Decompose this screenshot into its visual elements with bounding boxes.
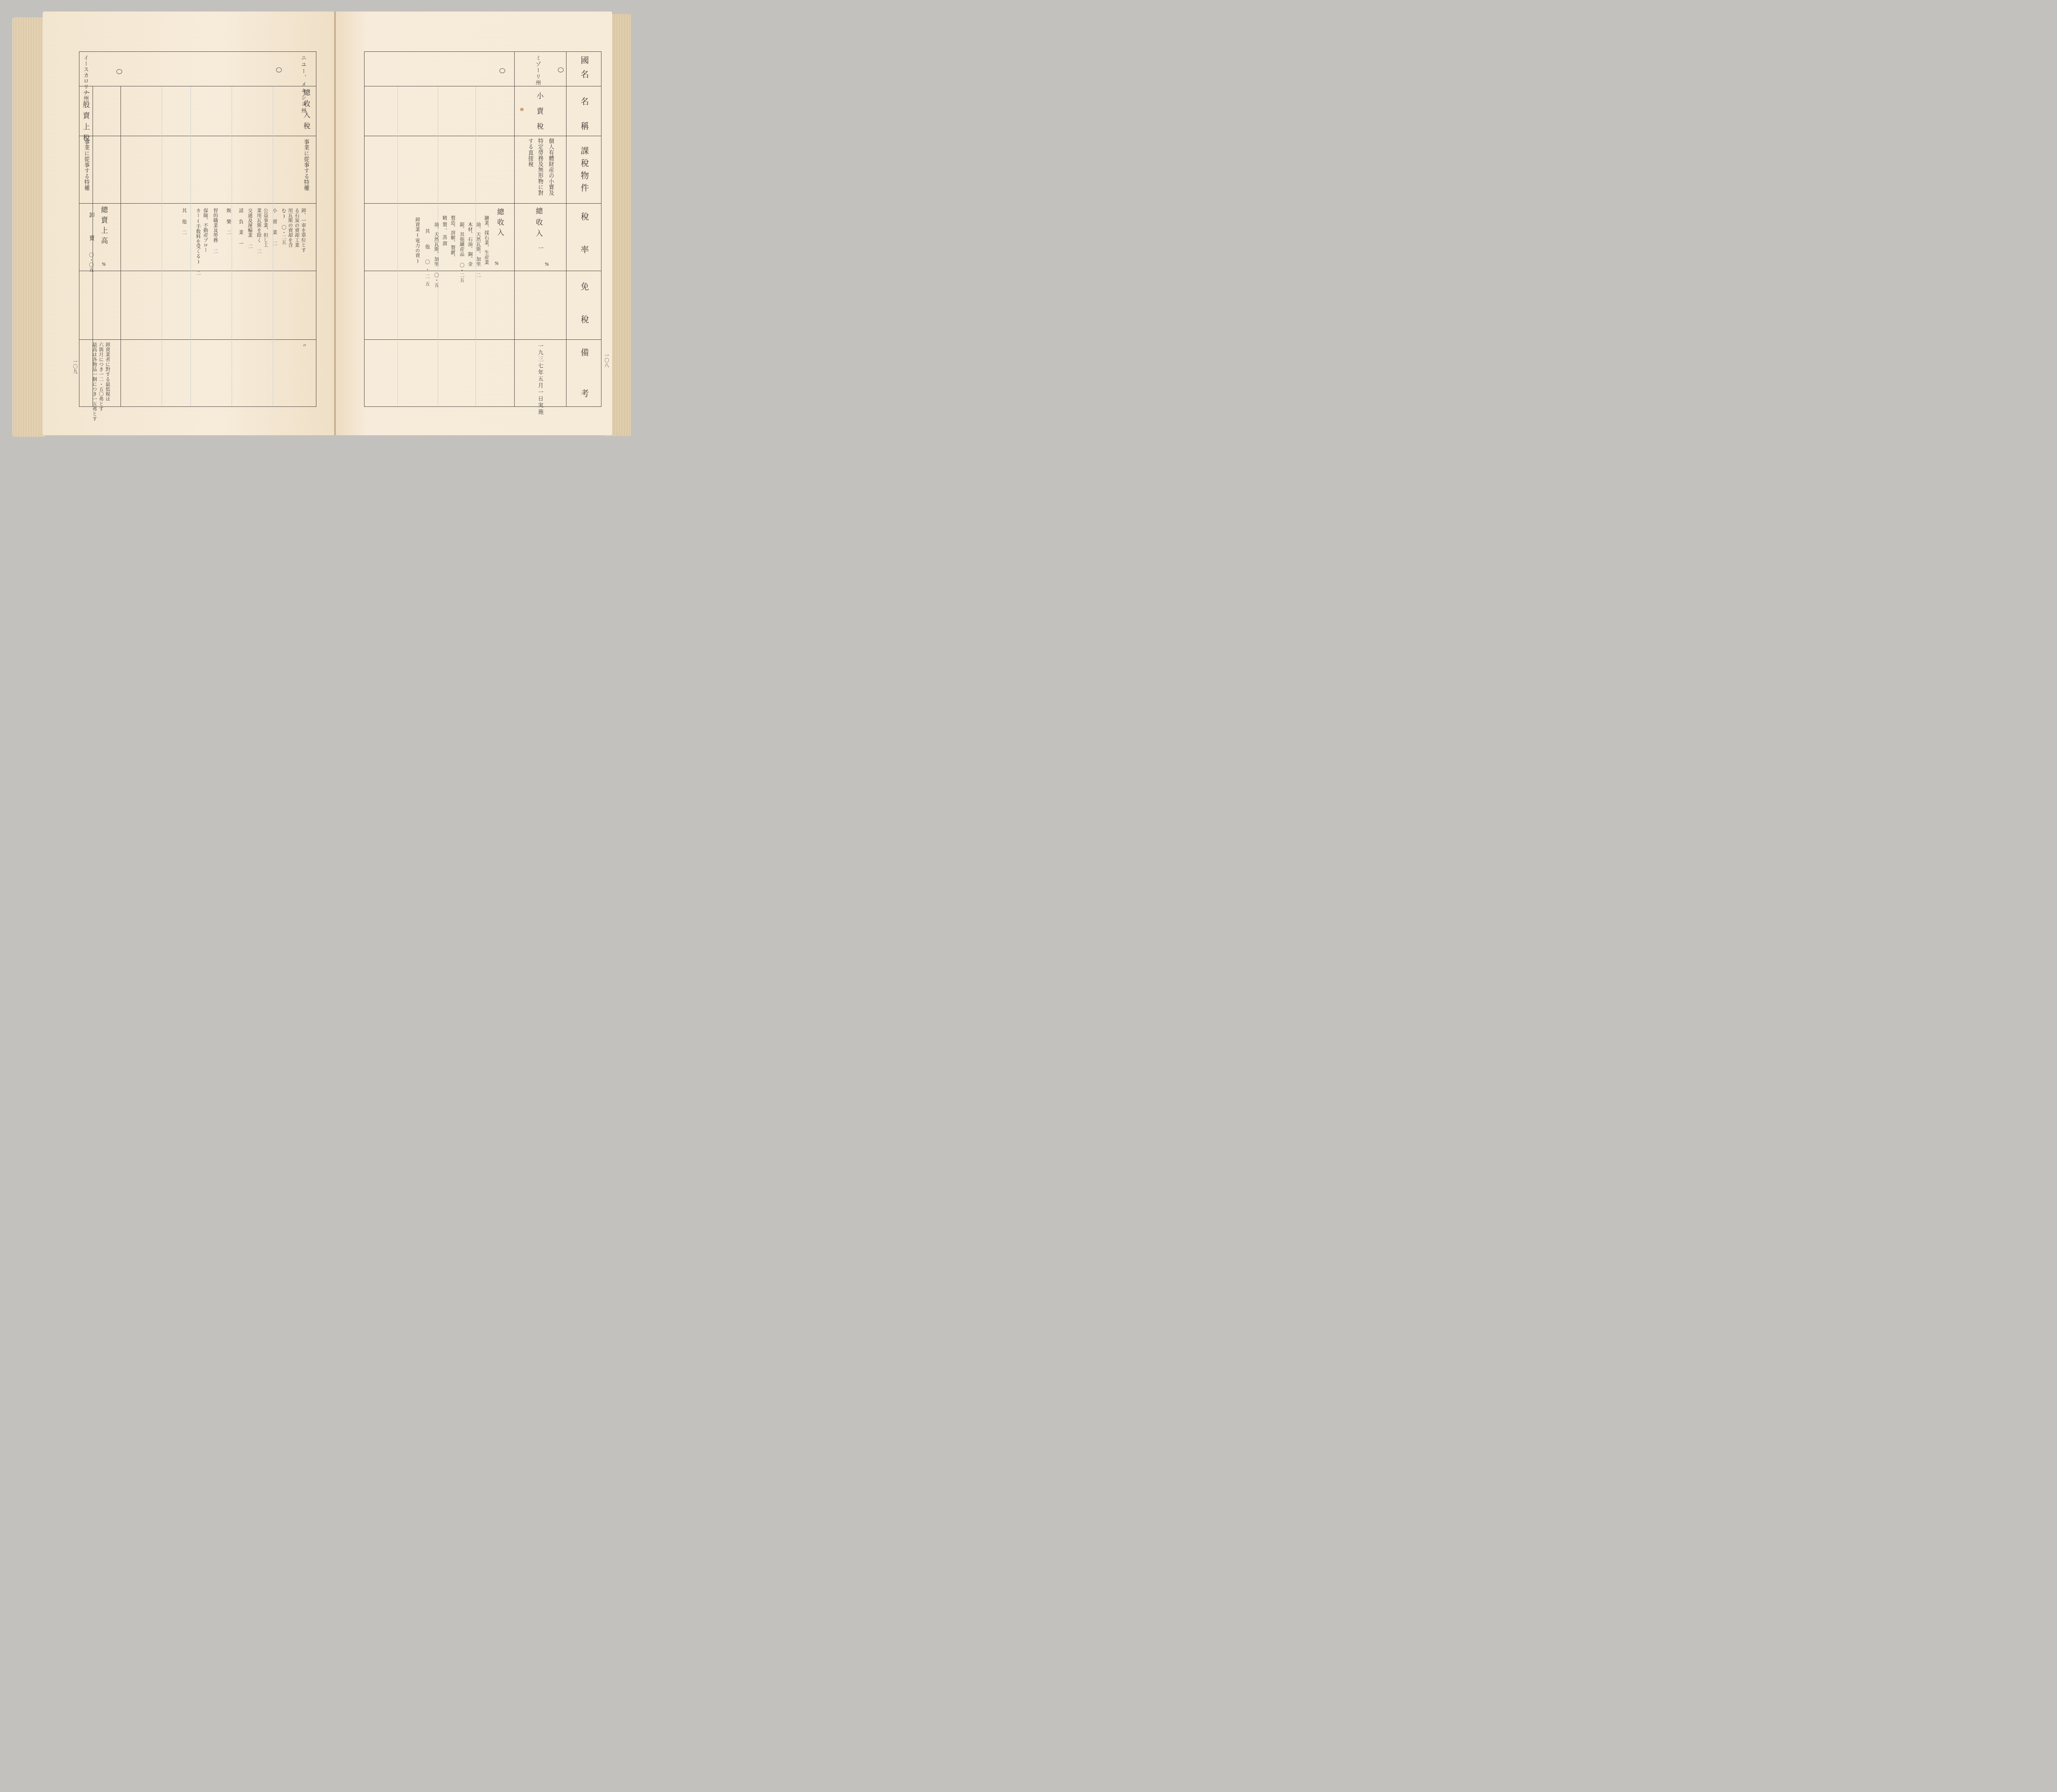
mo-tax-name: 小賣稅 [535,92,543,138]
nm-rate-item-6: 業用瓦斯を除く 二 [256,208,262,254]
mo-taxable-object-3: する直接稅 [527,138,533,167]
nc-rate-wholesale-value: 〇・〇五 [88,253,94,272]
nm-rate-item-0: 卸、一車を單位とす [301,208,306,253]
mo-mark-circle [558,67,564,72]
nm-rate-item-11: 保険、不動産ブロー [203,208,208,253]
mo-rate-gross-receipts: 總收入 [534,207,542,241]
detail-heading: 總收入 [495,208,504,239]
mo-state-name: ミゾーリ州 [534,55,540,86]
nm-rate-item-2: 用瓦斯の賣却を含 [288,208,293,248]
foxing-stain [520,108,524,111]
header-remarks: 備考 [579,348,589,430]
nm-rate-item-8: 請 負 業 一 [238,208,244,246]
mo-taxable-object-2: 特定勞務及無形物に對 [536,138,543,196]
header-tax-rate: 稅率 [579,212,589,278]
detail-item-1: 油、天然瓦斯、加里 二 [476,222,481,278]
nm-rate-item-5: 公益事業、但し工 [263,208,268,248]
nc-remarks-1: 卸賣業者に對する最低稅は [105,342,110,402]
nm-taxable-object: 事業に從事する特權 [302,139,309,191]
detail-item-3: 銀、其他鑛産品 〇・二五 [459,222,464,283]
left-page-edges [12,17,45,437]
mo-mark-circle-2 [499,68,505,73]
detail-unit: % [495,261,499,266]
nm-rate-item-1: る石炭の賣却工業 [294,208,299,248]
detail-item-7: 其 他 〇・二五 [425,229,430,288]
left-page: イースカロリナ州 一般賣上稅 事業に從事する特權 總賣上高 % 卸 賣 〇・〇五… [43,12,336,435]
nm-rate-item-13: 其 他 二 [181,208,187,235]
nc-mark-circle [116,69,122,74]
detail-item-4: 製造、溶解、製鍍、 [450,216,455,260]
mo-rate-value: 一 [536,245,543,251]
detail-item-5: 精製、蒸溜 [442,216,447,248]
nc-rate-gross-sales: 總賣上高 [99,206,107,247]
left-tax-table: イースカロリナ州 一般賣上稅 事業に從事する特權 總賣上高 % 卸 賣 〇・〇五… [79,51,316,407]
header-country-name: 國名 [579,56,589,84]
detail-item-6: 油、天然瓦斯、加里 〇・五 [434,222,439,288]
header-tax-name: 名稱 [579,97,589,146]
mo-taxable-object-1: 個人有體財産の小賣及 [547,138,553,196]
left-page-number: 一〇九 [72,359,78,374]
right-page: 國名 名稱 課稅物件 稅率 免稅 備考 ミゾーリ州 小賣稅 個人有體財産の小賣及… [336,12,612,435]
nc-remarks-3: 最高は各物品一個につき一五弗とす [92,342,97,421]
mo-remarks: 一九三七年五月一日実施 [536,343,543,416]
nm-rate-item-12: カー(手数料を受くる) 二 [195,208,201,276]
detail-item-0: 鑛業、採石業、生産業 [484,216,489,265]
mo-rate-unit: % [545,262,549,267]
header-exemption: 免稅 [579,282,589,348]
nm-rate-item-7: 交通及運輸業 二 [247,208,253,249]
open-book: イースカロリナ州 一般賣上稅 事業に從事する特權 總賣上高 % 卸 賣 〇・〇五… [12,12,631,437]
nc-taxable-object: 事業に從事する特權 [83,139,89,191]
nm-rate-item-10: 智的職業及勞務 二 [213,208,218,254]
detail-item-2: 木材、石油、銅、金 [467,222,473,267]
nc-remarks-2: 六箇月につき一二・五〇弗とす [98,342,104,411]
nc-rate-unit: % [102,262,106,267]
nm-tax-name: 總收入稅 [302,89,310,133]
nc-rate-wholesale: 卸 賣 [88,212,94,246]
nm-rate-item-3: む) 〇・二五 [281,208,286,245]
nc-tax-name: 一般賣上稅 [81,90,89,145]
detail-item-8: 卸賣業(電力の賣) [415,217,420,264]
right-tax-table: 國名 名稱 課稅物件 稅率 免稅 備考 ミゾーリ州 小賣稅 個人有體財産の小賣及… [364,51,601,407]
nm-remarks-ditto: 〃 [302,343,307,348]
header-taxable-object: 課稅物件 [579,146,589,196]
nm-rate-item-4: 小 賣 業 二 [272,208,277,246]
right-page-number: 一〇八 [603,353,610,368]
nm-rate-item-9: 娛 樂 二 [226,208,231,235]
nm-mark-circle [276,67,282,72]
